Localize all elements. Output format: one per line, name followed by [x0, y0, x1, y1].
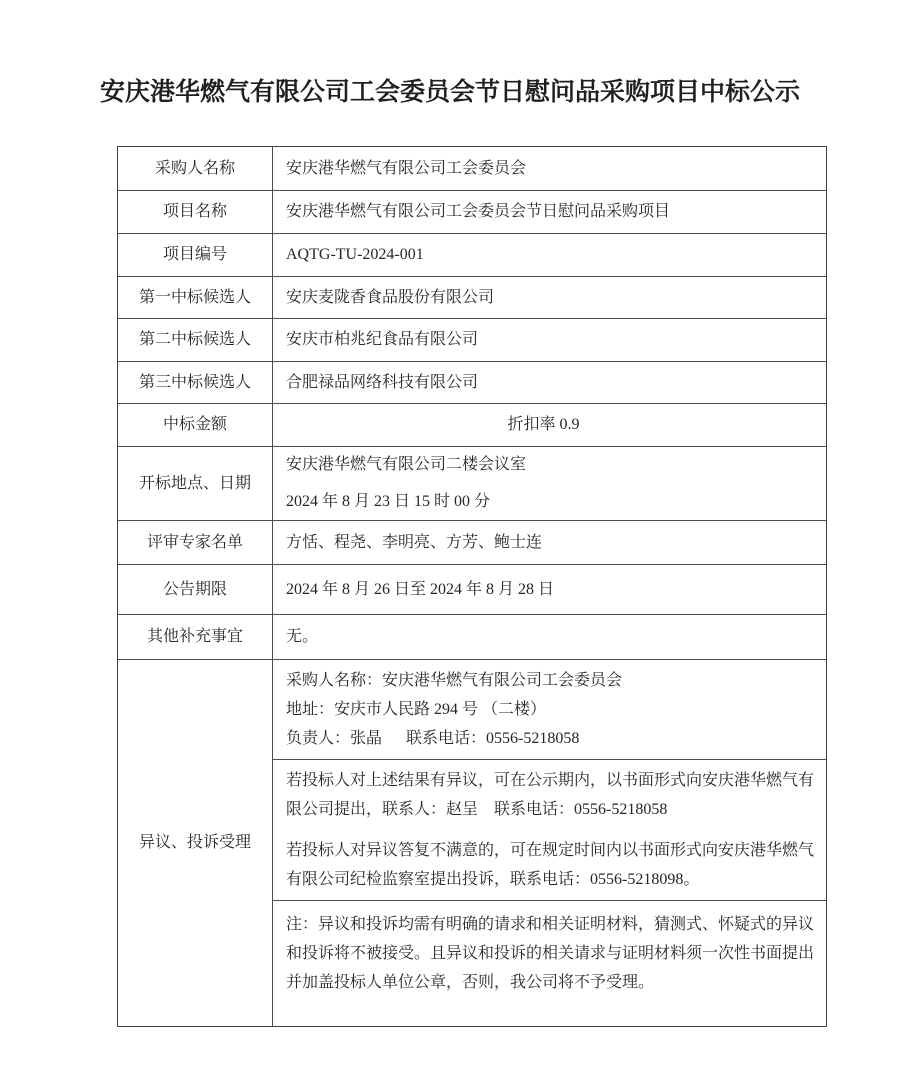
row-value: 安庆市柏兆纪食品有限公司	[273, 319, 826, 361]
table-row-objection-complaint: 异议、投诉受理 采购人名称：安庆港华燃气有限公司工会委员会 地址：安庆市人民路 …	[118, 659, 826, 1026]
row-label: 第一中标候选人	[118, 277, 273, 318]
objection-note-text: 注：异议和投诉均需有明确的请求和相关证明材料，猜测式、怀疑式的异议和投诉将不被接…	[286, 910, 814, 997]
objection-procedure-para1: 若投标人对上述结果有异议，可在公示期内，以书面形式向安庆港华燃气有限公司提出，联…	[286, 766, 814, 824]
row-value: 折扣率 0.9	[273, 404, 826, 446]
row-label: 第三中标候选人	[118, 362, 273, 403]
announcement-table: 采购人名称 安庆港华燃气有限公司工会委员会 项目名称 安庆港华燃气有限公司工会委…	[117, 146, 827, 1027]
objection-person-line: 负责人：张晶 联系电话：0556-5218058	[286, 724, 814, 753]
row-value: 安庆港华燃气有限公司工会委员会节日慰问品采购项目	[273, 191, 826, 233]
row-label: 项目编号	[118, 234, 273, 276]
row-label: 评审专家名单	[118, 521, 273, 564]
row-value: 安庆麦陇香食品股份有限公司	[273, 277, 826, 318]
row-value: 安庆港华燃气有限公司二楼会议室 2024 年 8 月 23 日 15 时 00 …	[273, 447, 826, 520]
table-row-third-candidate: 第三中标候选人 合肥禄品网络科技有限公司	[118, 361, 826, 403]
table-row-project-name: 项目名称 安庆港华燃气有限公司工会委员会节日慰问品采购项目	[118, 190, 826, 233]
table-row-expert-list: 评审专家名单 方恬、程尧、李明亮、方芳、鲍士连	[118, 520, 826, 564]
row-label: 开标地点、日期	[118, 447, 273, 520]
objection-content: 采购人名称：安庆港华燃气有限公司工会委员会 地址：安庆市人民路 294 号 （二…	[273, 660, 826, 1026]
row-value: 无。	[273, 615, 826, 659]
row-label: 中标金额	[118, 404, 273, 446]
row-label: 项目名称	[118, 191, 273, 233]
table-row-award-amount: 中标金额 折扣率 0.9	[118, 403, 826, 446]
table-row-announcement-period: 公告期限 2024 年 8 月 26 日至 2024 年 8 月 28 日	[118, 564, 826, 614]
row-label: 其他补充事宜	[118, 615, 273, 659]
objection-note-cell: 注：异议和投诉均需有明确的请求和相关证明材料，猜测式、怀疑式的异议和投诉将不被接…	[273, 900, 826, 1026]
row-value: 合肥禄品网络科技有限公司	[273, 362, 826, 403]
table-row-opening-place-date: 开标地点、日期 安庆港华燃气有限公司二楼会议室 2024 年 8 月 23 日 …	[118, 446, 826, 520]
objection-procedure-para2: 若投标人对异议答复不满意的，可在规定时间内以书面形式向安庆港华燃气有限公司纪检监…	[286, 836, 814, 894]
row-label: 采购人名称	[118, 147, 273, 190]
row-label: 公告期限	[118, 565, 273, 614]
objection-procedure-cell: 若投标人对上述结果有异议，可在公示期内，以书面形式向安庆港华燃气有限公司提出，联…	[273, 759, 826, 900]
row-value: 方恬、程尧、李明亮、方芳、鲍士连	[273, 521, 826, 564]
objection-purchaser-line: 采购人名称：安庆港华燃气有限公司工会委员会	[286, 666, 814, 695]
row-value: 2024 年 8 月 26 日至 2024 年 8 月 28 日	[273, 565, 826, 614]
opening-place-line: 安庆港华燃气有限公司二楼会议室	[286, 452, 814, 478]
objection-contact-cell: 采购人名称：安庆港华燃气有限公司工会委员会 地址：安庆市人民路 294 号 （二…	[273, 660, 826, 759]
row-value: AQTG-TU-2024-001	[273, 234, 826, 276]
objection-address-line: 地址：安庆市人民路 294 号 （二楼）	[286, 695, 814, 724]
row-label: 第二中标候选人	[118, 319, 273, 361]
table-row-first-candidate: 第一中标候选人 安庆麦陇香食品股份有限公司	[118, 276, 826, 318]
table-row-second-candidate: 第二中标候选人 安庆市柏兆纪食品有限公司	[118, 318, 826, 361]
row-value: 安庆港华燃气有限公司工会委员会	[273, 147, 826, 190]
table-row-project-number: 项目编号 AQTG-TU-2024-001	[118, 233, 826, 276]
table-row-purchaser-name: 采购人名称 安庆港华燃气有限公司工会委员会	[118, 147, 826, 190]
table-row-other-matters: 其他补充事宜 无。	[118, 614, 826, 659]
document-title: 安庆港华燃气有限公司工会委员会节日慰问品采购项目中标公示	[0, 0, 900, 108]
document-page: 安庆港华燃气有限公司工会委员会节日慰问品采购项目中标公示 采购人名称 安庆港华燃…	[0, 0, 900, 1083]
opening-date-line: 2024 年 8 月 23 日 15 时 00 分	[286, 489, 814, 515]
row-label: 异议、投诉受理	[118, 660, 273, 1026]
